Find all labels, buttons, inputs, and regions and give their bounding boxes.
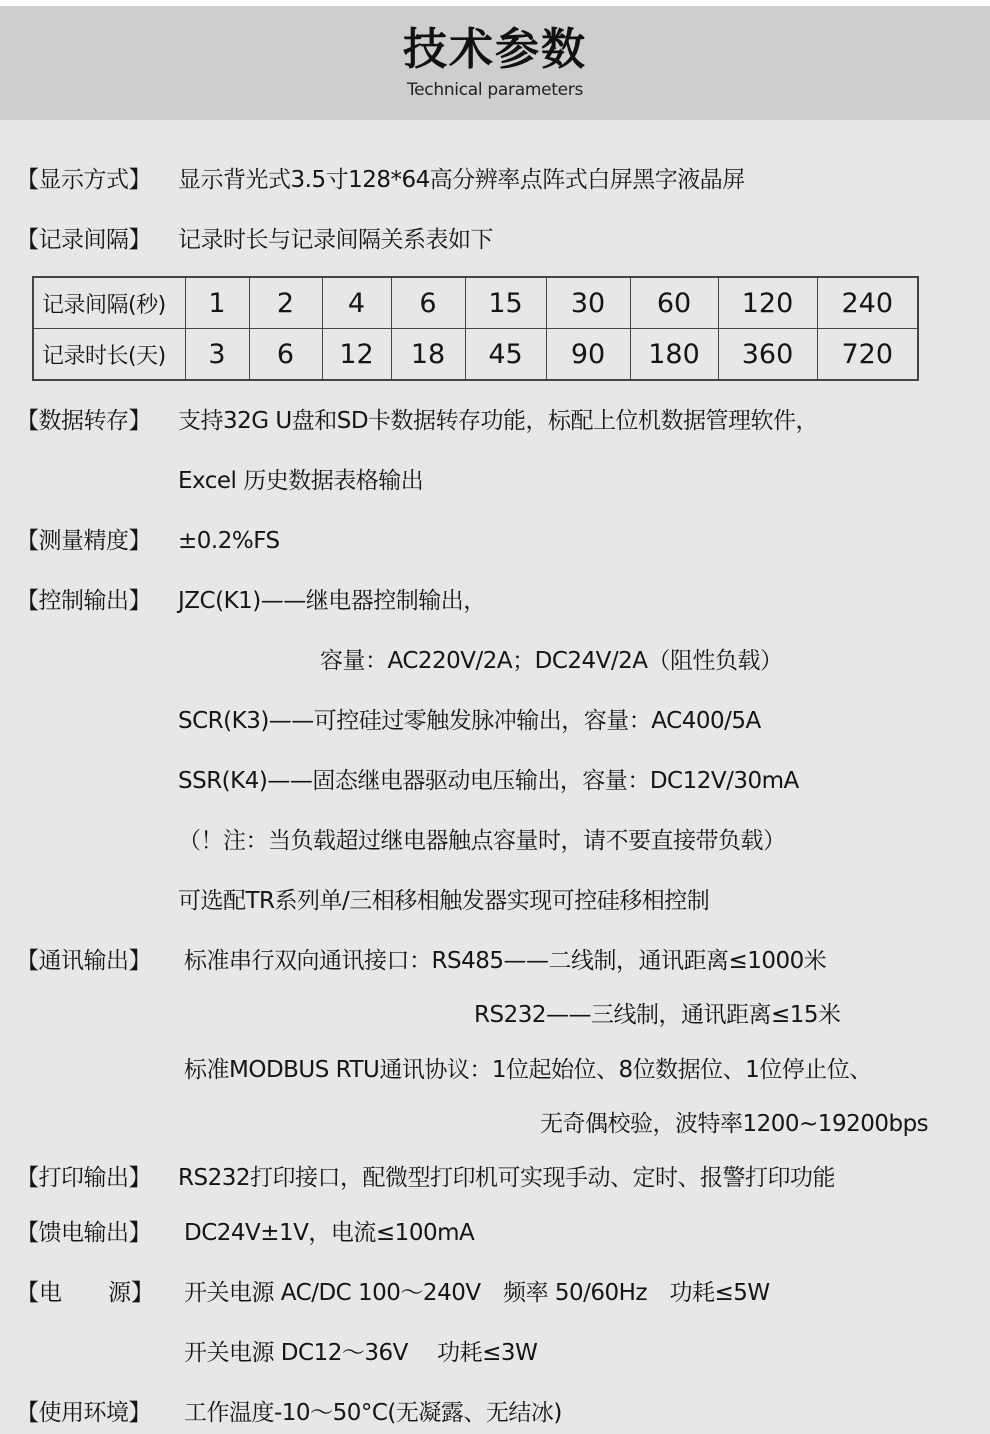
table-cell: 6: [249, 329, 322, 381]
table-cell: 6: [391, 277, 465, 329]
control-output-line-1: JZC(K1)——继电器控制输出，: [178, 586, 486, 616]
table-cell: 30: [546, 277, 630, 329]
display-line-1: 显示背光式3.5寸128*64高分辨率点阵式白屏黑字液晶屏: [178, 165, 745, 195]
table-cell: 120: [718, 277, 817, 329]
label-feed-output: 【馈电输出】: [16, 1218, 151, 1248]
data-dump-line-1: 支持32G U盘和SD卡数据转存功能，标配上位机数据管理软件，: [178, 406, 818, 436]
table-cell: 360: [718, 329, 817, 381]
table-row-interval: 记录间隔(秒) 1 2 4 6 15 30 60 120 240: [33, 277, 918, 329]
table-cell: 12: [322, 329, 391, 381]
feed-output-line-1: DC24V±1V，电流≤100mA: [184, 1218, 474, 1248]
power-line-1: 开关电源 AC/DC 100～240V 频率 50/60Hz 功耗≤5W: [184, 1278, 770, 1308]
label-display: 【显示方式】: [16, 165, 151, 195]
comm-output-line-1: 标准串行双向通讯接口：RS485——二线制，通讯距离≤1000米: [184, 946, 826, 976]
table-cell: 4: [322, 277, 391, 329]
page-title: 技术参数: [0, 24, 990, 76]
table-cell: 3: [185, 329, 249, 381]
record-interval-line-1: 记录时长与记录间隔关系表如下: [178, 225, 493, 255]
table-cell: 720: [817, 329, 918, 381]
table-cell: 90: [546, 329, 630, 381]
table-cell: 240: [817, 277, 918, 329]
environment-line-1: 工作温度-10～50°C(无凝露、无结冰): [184, 1398, 562, 1428]
table-cell: 180: [630, 329, 718, 381]
print-output-line-1: RS232打印接口，配微型打印机可实现手动、定时、报警打印功能: [178, 1163, 835, 1193]
power-line-2: 开关电源 DC12～36V 功耗≤3W: [184, 1338, 537, 1368]
table-cell: 2: [249, 277, 322, 329]
table-cell: 18: [391, 329, 465, 381]
label-print-output: 【打印输出】: [16, 1163, 151, 1193]
page-subtitle: Technical parameters: [0, 80, 990, 100]
row-header-duration: 记录时长(天): [33, 329, 185, 381]
comm-output-line-4: 无奇偶校验，波特率1200~19200bps: [540, 1109, 928, 1139]
label-control-output: 【控制输出】: [16, 586, 151, 616]
table-cell: 15: [465, 277, 546, 329]
control-output-line-6: 可选配TR系列单/三相移相触发器实现可控硅移相控制: [178, 886, 709, 916]
accuracy-line-1: ±0.2%FS: [178, 526, 280, 556]
control-output-line-4: SSR(K4)——固态继电器驱动电压输出，容量：DC12V/30mA: [178, 766, 799, 796]
label-environment: 【使用环境】: [16, 1398, 151, 1428]
label-comm-output: 【通讯输出】: [16, 946, 151, 976]
table-cell: 45: [465, 329, 546, 381]
comm-output-line-3: 标准MODBUS RTU通讯协议：1位起始位、8位数据位、1位停止位、: [184, 1055, 872, 1085]
control-output-note: （！注：当负载超过继电器触点容量时，请不要直接带负载）: [178, 826, 786, 856]
control-output-line-3: SCR(K3)——可控硅过零触发脉冲输出，容量：AC400/5A: [178, 706, 761, 736]
label-accuracy: 【测量精度】: [16, 526, 151, 556]
table-cell: 1: [185, 277, 249, 329]
label-power: 【电 源】: [16, 1278, 154, 1308]
control-output-line-2: 容量：AC220V/2A；DC24V/2A（阻性负载）: [320, 646, 783, 676]
table-cell: 60: [630, 277, 718, 329]
data-dump-line-2: Excel 历史数据表格输出: [178, 466, 423, 496]
table-row-duration: 记录时长(天) 3 6 12 18 45 90 180 360 720: [33, 329, 918, 381]
record-table: 记录间隔(秒) 1 2 4 6 15 30 60 120 240 记录时长(天)…: [32, 276, 919, 381]
row-header-interval: 记录间隔(秒): [33, 277, 185, 329]
label-data-dump: 【数据转存】: [16, 406, 151, 436]
comm-output-line-2: RS232——三线制，通讯距离≤15米: [474, 1000, 841, 1030]
label-record-interval: 【记录间隔】: [16, 225, 151, 255]
